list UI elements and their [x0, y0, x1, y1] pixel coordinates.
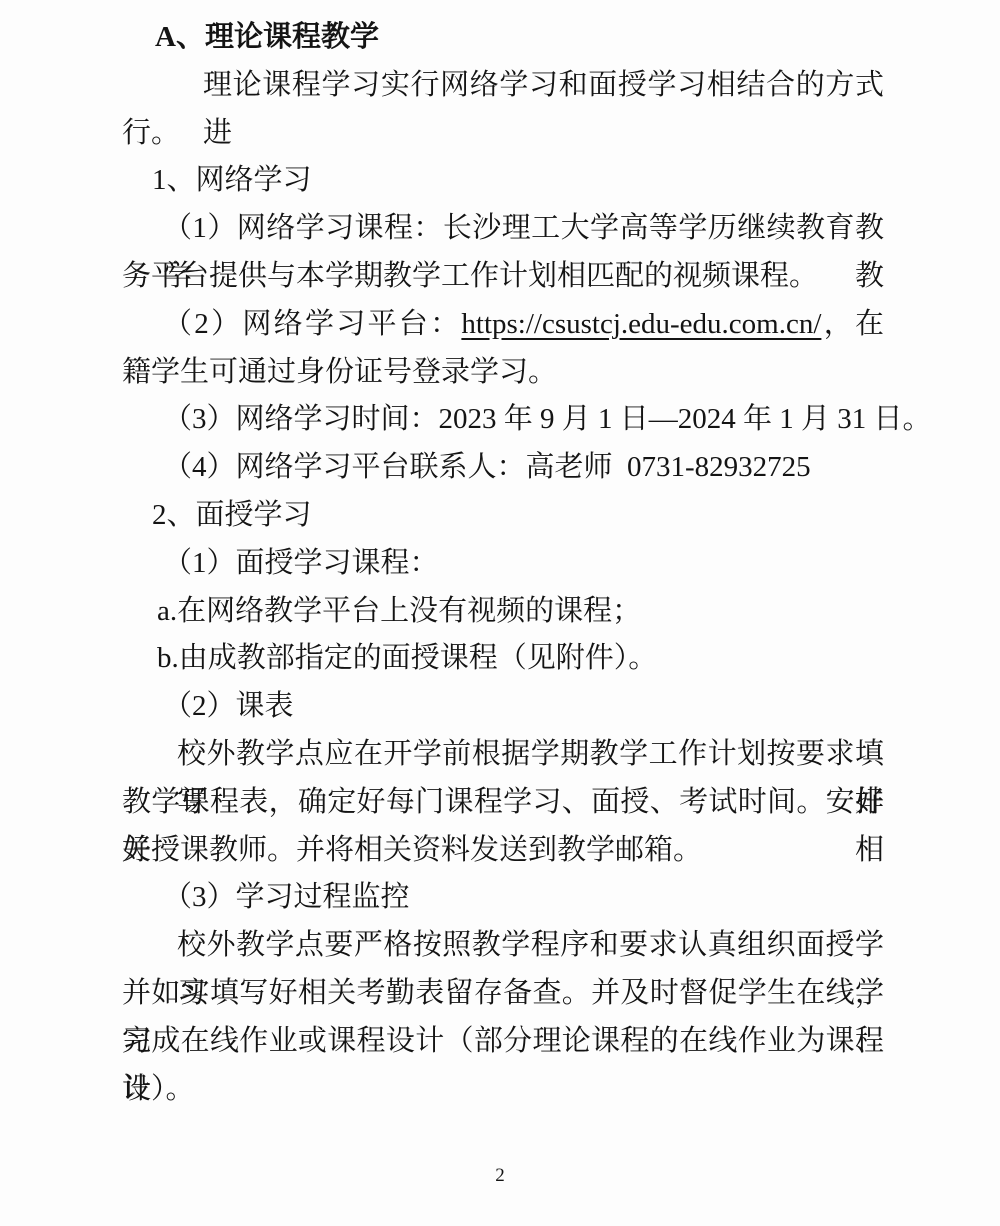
network-courses-line: （1）网络学习课程：长沙理工大学高等学历继续教育教学教 — [122, 205, 884, 253]
section-heading: A、理论课程教学 — [122, 14, 884, 62]
intro-paragraph-line: 行。 — [122, 110, 884, 158]
monitoring-paragraph-line: 并如实填写好相关考勤表留存备查。并及时督促学生在线学习、 — [122, 970, 884, 1018]
platform-url-link[interactable]: https://csustcj.edu-edu.com.cn/ — [461, 308, 821, 340]
timetable-paragraph-line: 校外教学点应在开学前根据学期教学工作计划按要求填写好 — [122, 731, 884, 779]
course-item-b: b.由成教部指定的面授课程（见附件）。 — [122, 635, 884, 683]
monitoring-paragraph-line: 完成在线作业或课程设计（部分理论课程的在线作业为课程设 — [122, 1018, 884, 1066]
intro-paragraph-line: 理论课程学习实行网络学习和面授学习相结合的方式进 — [122, 62, 884, 110]
timetable-paragraph-line: 教学课程表，确定好每门课程学习、面授、考试时间。安排好相 — [122, 779, 884, 827]
network-courses-line: 务平台提供与本学期教学工作计划相匹配的视频课程。 — [122, 253, 884, 301]
monitoring-paragraph-line: 计）。 — [122, 1066, 884, 1114]
platform-label-tail: ，在 — [821, 308, 884, 340]
page-number: 2 — [0, 1164, 1000, 1188]
monitoring-paragraph-line: 校外教学点要严格按照教学程序和要求认真组织面授学习， — [122, 922, 884, 970]
platform-label: （2）网络学习平台： — [163, 308, 461, 340]
network-study-time-line: （3）网络学习时间：2023 年 9 月 1 日—2024 年 1 月 31 日… — [122, 396, 884, 444]
monitoring-heading: （3）学习过程监控 — [122, 874, 884, 922]
face-to-face-courses-heading: （1）面授学习课程： — [122, 540, 884, 588]
network-platform-line: 籍学生可通过身份证号登录学习。 — [122, 349, 884, 397]
timetable-heading: （2）课表 — [122, 683, 884, 731]
course-item-a: a.在网络教学平台上没有视频的课程； — [122, 588, 884, 636]
document-body: A、理论课程教学 理论课程学习实行网络学习和面授学习相结合的方式进 行。 1、网… — [122, 14, 884, 1113]
platform-contact-line: （4）网络学习平台联系人：高老师 0731-82932725 — [122, 444, 884, 492]
subsection-heading-network-study: 1、网络学习 — [122, 157, 884, 205]
network-platform-line: （2）网络学习平台：https://csustcj.edu-edu.com.cn… — [122, 301, 884, 349]
document-page: { "page": { "number": "2", "background":… — [0, 0, 1000, 1226]
subsection-heading-face-to-face: 2、面授学习 — [122, 492, 884, 540]
